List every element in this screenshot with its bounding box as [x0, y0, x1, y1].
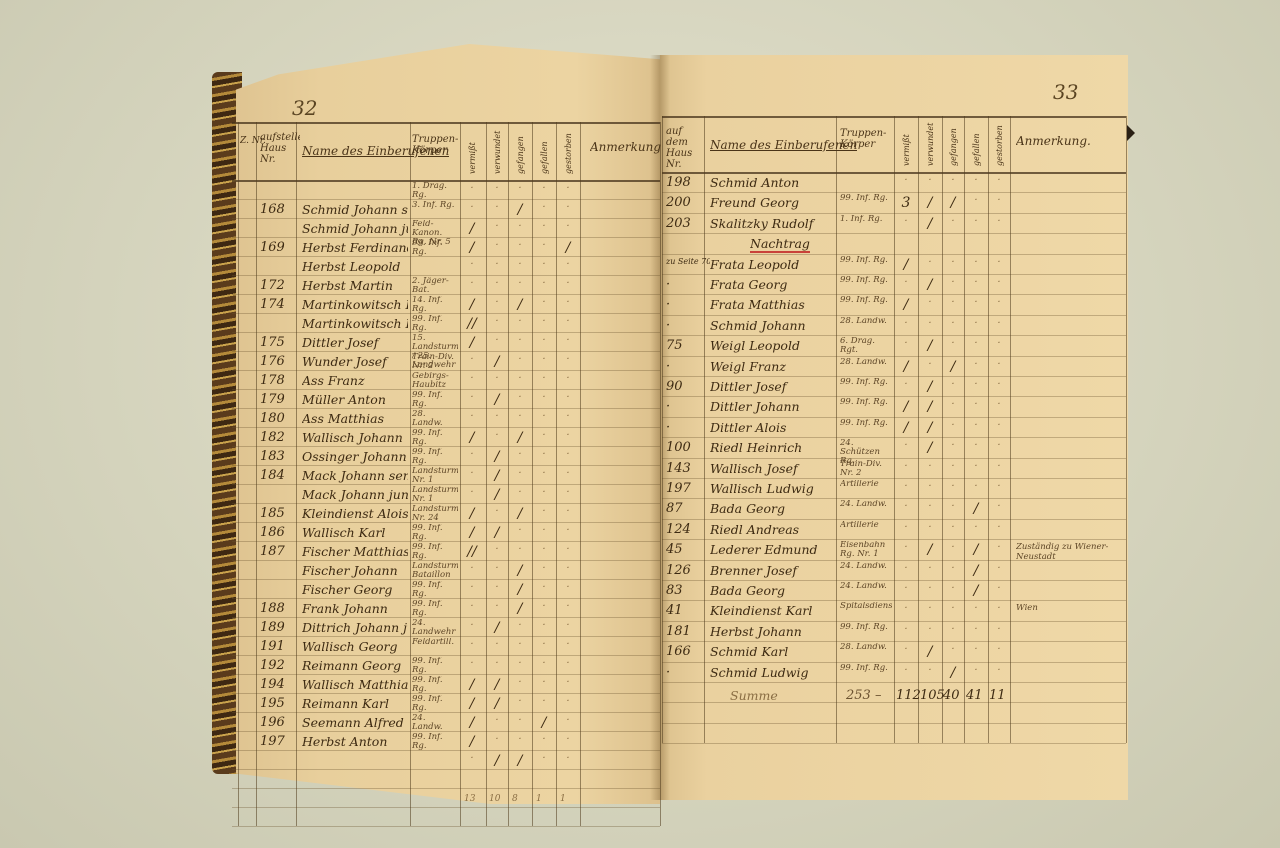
tally-mark: / [462, 430, 482, 446]
tally-mark: · [896, 542, 916, 553]
tally-mark: / [896, 399, 916, 415]
tally-mark: · [966, 297, 986, 308]
tally-mark: · [989, 216, 1009, 227]
tally-mark: · [510, 335, 530, 346]
row-rule [232, 826, 660, 827]
header-col3: gefangen [949, 122, 958, 166]
tally-mark: / [462, 240, 482, 256]
conscript-name: Mack Johann sen. [302, 468, 408, 483]
tally-mark: · [534, 278, 554, 289]
tally-mark: / [966, 501, 986, 517]
tally-mark: · [989, 195, 1009, 206]
tally-mark: · [487, 202, 507, 213]
tally-mark: · [966, 461, 986, 472]
tally-mark: · [534, 601, 554, 612]
unit-name: 1. Drag. Rg. [412, 182, 458, 200]
unit-name: Landsturm Nr. 1 [412, 486, 458, 504]
house-number: 194 [260, 677, 304, 692]
house-number: 197 [260, 734, 304, 749]
tally-mark: · [989, 440, 1009, 451]
nachtrag-heading: Nachtrag [750, 236, 810, 253]
tally-mark: · [966, 318, 986, 329]
conscript-name: Mack Johann jun. [302, 487, 408, 502]
house-number: 197 [666, 481, 710, 496]
tally-mark: · [534, 753, 554, 764]
conscript-name: Wallisch Ludwig [710, 481, 836, 496]
conscript-name: Martinkowitsch Ludwig [302, 297, 408, 312]
tally-mark: · [510, 620, 530, 631]
tally-mark: · [510, 183, 530, 194]
conscript-name: Ass Franz [302, 373, 408, 388]
tally-mark: · [989, 624, 1009, 635]
tally-mark: · [896, 318, 916, 329]
tally-mark: / [487, 468, 507, 484]
unit-name: Landsturm-Bataillon [412, 562, 458, 580]
tally-mark: · [487, 544, 507, 555]
tally-mark: · [510, 544, 530, 555]
conscript-name: Schmid Anton [710, 175, 836, 190]
tally-mark: · [558, 297, 578, 308]
tally-mark: · [558, 411, 578, 422]
house-number: 188 [260, 601, 304, 616]
tally-mark: · [558, 430, 578, 441]
tally-mark: · [920, 257, 940, 268]
tally-mark: · [462, 259, 482, 270]
tally-mark: · [989, 665, 1009, 676]
tally-mark: · [989, 501, 1009, 512]
column-rule [1010, 116, 1011, 743]
unit-name: 99. Inf. Rg. [412, 391, 458, 409]
tally-mark: / [487, 449, 507, 465]
unit-name: 28. Landw. [840, 643, 892, 652]
column-rule [460, 122, 461, 826]
header-house-no: auf dem Haus Nr. [666, 126, 706, 170]
tally-mark: · [462, 183, 482, 194]
tally-mark: · [534, 240, 554, 251]
conscript-name: Reimann Karl [302, 696, 408, 711]
tally-mark: · [896, 379, 916, 390]
tally-mark: · [534, 430, 554, 441]
tally-mark: · [510, 696, 530, 707]
tally-mark: / [896, 297, 916, 313]
tally-mark: · [558, 335, 578, 346]
unit-name: 24. Landw. [840, 500, 892, 509]
conscript-name: Dittrich Johann jun. [302, 620, 408, 635]
tally-mark: · [966, 195, 986, 206]
tally-mark: / [462, 696, 482, 712]
conscript-name: Wunder Josef [302, 354, 408, 369]
tally-mark: · [487, 639, 507, 650]
conscript-name: Ass Matthias [302, 411, 408, 426]
tally-mark: / [510, 563, 530, 579]
tally-mark: / [510, 582, 530, 598]
conscript-name: Wallisch Georg [302, 639, 408, 654]
tally-mark: · [966, 644, 986, 655]
header-unit: Truppen-Körper [412, 134, 458, 156]
house-number: 75 [666, 338, 710, 353]
tally-mark: · [462, 392, 482, 403]
tally-mark: · [943, 461, 963, 472]
tally-mark: / [966, 583, 986, 599]
house-number: 100 [666, 440, 710, 455]
conscript-name: Herbst Ferdinand [302, 240, 408, 255]
unit-name: 99. Inf. Rg. [840, 276, 892, 285]
unit-name: 28. Landw. [412, 410, 458, 428]
tally-mark: / [487, 620, 507, 636]
tally-mark: · [558, 563, 578, 574]
tally-mark: · [943, 277, 963, 288]
unit-name: 99. Inf. Rg. [412, 315, 458, 333]
tally-mark: / [896, 257, 916, 273]
conscript-name: Schmid Johann [710, 318, 836, 333]
tally-mark: · [989, 583, 1009, 594]
header-name: Name des Einberufenen [710, 138, 857, 152]
tally-mark: · [896, 603, 916, 614]
tally-mark: · [896, 501, 916, 512]
tally-mark: · [943, 175, 963, 186]
unit-name: 99. Inf. Rg. [840, 623, 892, 632]
column-rule [580, 122, 581, 826]
tally-mark: · [896, 440, 916, 451]
tally-mark: · [487, 601, 507, 612]
summary-column-total: 105 [920, 688, 945, 703]
tally-mark: · [510, 373, 530, 384]
conscript-name: Herbst Anton [302, 734, 408, 749]
tally-mark: · [943, 420, 963, 431]
tally-mark: · [896, 522, 916, 533]
unit-name: 99. Inf. Rg. [840, 419, 892, 428]
tally-mark: · [966, 257, 986, 268]
tally-mark: · [966, 379, 986, 390]
tally-mark: · [510, 278, 530, 289]
tally-mark: · [966, 624, 986, 635]
header-remarks: Anmerkung. [1016, 134, 1091, 148]
tally-mark: · [558, 259, 578, 270]
house-number: 182 [260, 430, 304, 445]
tally-mark: / [510, 430, 530, 446]
house-number: 178 [260, 373, 304, 388]
tally-mark: / [920, 440, 940, 456]
conscript-name: Wallisch Karl [302, 525, 408, 540]
unit-name: Eisenbahn Rg. Nr. 1 [840, 541, 892, 559]
tally-mark: · [896, 583, 916, 594]
tally-mark: · [558, 468, 578, 479]
tally-mark: · [896, 461, 916, 472]
tally-mark: · [943, 624, 963, 635]
tally-mark: · [989, 644, 1009, 655]
unit-name: 24. Landw. [840, 582, 892, 591]
tally-mark: · [510, 525, 530, 536]
conscript-name: Brenner Josef [710, 563, 836, 578]
tally-mark: · [989, 399, 1009, 410]
conscript-name: Schmid Johann sen. [302, 202, 408, 217]
house-number: 187 [260, 544, 304, 559]
tally-mark: / [920, 399, 940, 415]
tally-mark: / [462, 221, 482, 237]
conscript-name: Dittler Johann [710, 399, 836, 414]
tally-mark: / [487, 525, 507, 541]
tally-mark: · [462, 563, 482, 574]
tally-mark: · [920, 522, 940, 533]
tally-mark: · [534, 620, 554, 631]
tally-mark: · [966, 481, 986, 492]
tally-mark: · [462, 278, 482, 289]
house-number: 169 [260, 240, 304, 255]
tally-mark: / [462, 506, 482, 522]
tally-mark: · [462, 373, 482, 384]
tally-mark: · [510, 639, 530, 650]
tally-mark: / [920, 277, 940, 293]
tally-mark: // [462, 544, 482, 560]
tally-mark: / [462, 525, 482, 541]
tally-mark: · [943, 542, 963, 553]
column-rule [256, 122, 257, 826]
tally-mark: · [510, 734, 530, 745]
tally-mark: · [943, 501, 963, 512]
tally-mark: · [966, 603, 986, 614]
tally-mark: / [896, 359, 916, 375]
unit-name: Landsturm Nr. 24 [412, 505, 458, 523]
tally-mark: · [896, 277, 916, 288]
unit-name: 99. Inf. Rg. [412, 239, 458, 257]
tally-mark: · [487, 411, 507, 422]
unit-name: 6. Drag. Rgt. [840, 337, 892, 355]
conscript-name: Dittler Josef [302, 335, 408, 350]
tally-mark: · [989, 257, 1009, 268]
tally-mark: · [487, 582, 507, 593]
tally-mark: · [966, 399, 986, 410]
tally-mark: · [920, 175, 940, 186]
house-number: 192 [260, 658, 304, 673]
tally-mark: / [943, 359, 963, 375]
conscript-name: Freund Georg [710, 195, 836, 210]
tally-mark: · [920, 359, 940, 370]
house-number: 168 [260, 202, 304, 217]
tally-mark: · [943, 440, 963, 451]
tally-mark: · [943, 379, 963, 390]
tally-mark: · [510, 449, 530, 460]
row-rule [662, 743, 1126, 744]
tally-mark: · [534, 335, 554, 346]
house-number: 83 [666, 583, 710, 598]
tally-mark: / [534, 715, 554, 731]
header-house-no: aufstellen Haus Nr. [260, 132, 300, 165]
column-rule [660, 122, 661, 826]
tally-mark: / [920, 338, 940, 354]
tally-mark: // [462, 316, 482, 332]
tally-mark: / [920, 379, 940, 395]
house-number: 172 [260, 278, 304, 293]
page-tab-marker [1127, 125, 1135, 141]
column-total: 8 [512, 794, 518, 804]
tally-mark: · [989, 603, 1009, 614]
tally-mark: / [510, 753, 530, 769]
tally-mark: · [510, 658, 530, 669]
unit-name: 24. Landwehr [412, 619, 458, 637]
header-col5: gestorben [995, 122, 1004, 166]
conscript-name: Dittler Josef [710, 379, 836, 394]
tally-mark: · [943, 399, 963, 410]
tally-mark: · [989, 379, 1009, 390]
unit-name: Train-Div. Nr. 2 [840, 460, 892, 478]
tally-mark: · [989, 542, 1009, 553]
tally-mark: · [558, 525, 578, 536]
tally-mark: · [558, 601, 578, 612]
header-col5: gestorben [564, 128, 573, 174]
conscript-name: Weigl Leopold [710, 338, 836, 353]
tally-mark: · [510, 487, 530, 498]
column-rule [1126, 116, 1127, 743]
column-rule [410, 122, 411, 826]
column-total: 10 [489, 794, 500, 804]
column-rule [894, 116, 895, 743]
header-col3: gefangen [516, 128, 525, 174]
house-number: 184 [260, 468, 304, 483]
house-number: 181 [666, 624, 710, 639]
tally-mark: · [487, 506, 507, 517]
tally-mark: · [943, 481, 963, 492]
conscript-name: Herbst Martin [302, 278, 408, 293]
tally-mark: · [558, 373, 578, 384]
tally-mark: · [534, 202, 554, 213]
tally-mark: / [462, 677, 482, 693]
tally-mark: · [558, 183, 578, 194]
tally-mark: · [510, 259, 530, 270]
tally-mark: · [534, 525, 554, 536]
tally-mark: · [558, 677, 578, 688]
house-number: 185 [260, 506, 304, 521]
tally-mark: · [943, 644, 963, 655]
tally-mark: · [462, 753, 482, 764]
tally-mark: · [558, 316, 578, 327]
conscript-name: Bada Georg [710, 501, 836, 516]
tally-mark: · [534, 468, 554, 479]
tally-mark: · [558, 658, 578, 669]
tally-mark: · [558, 202, 578, 213]
unit-name: 99. Inf. Rg. [412, 448, 458, 466]
tally-mark: · [534, 734, 554, 745]
tally-mark: / [943, 195, 963, 211]
tally-mark: · [558, 696, 578, 707]
unit-name: 99. Inf. Rg. [412, 581, 458, 599]
tally-mark: / [487, 354, 507, 370]
tally-mark: · [920, 297, 940, 308]
conscript-name: Weigl Franz [710, 359, 836, 374]
tally-mark: / [510, 601, 530, 617]
tally-mark: · [510, 468, 530, 479]
tally-mark: · [896, 338, 916, 349]
tally-mark: · [920, 624, 940, 635]
house-number: 90 [666, 379, 710, 394]
tally-mark: / [558, 240, 578, 256]
tally-mark: · [896, 481, 916, 492]
tally-mark: / [462, 734, 482, 750]
tally-mark: · [943, 583, 963, 594]
tally-mark: · [920, 563, 940, 574]
tally-mark: · [534, 544, 554, 555]
remark-note: Zuständig zu Wiener-Neustadt [1016, 542, 1116, 562]
tally-mark: / [966, 542, 986, 558]
tally-mark: · [558, 753, 578, 764]
summary-column-total: 11 [989, 688, 1006, 703]
tally-mark: · [534, 677, 554, 688]
conscript-name: Reimann Georg [302, 658, 408, 673]
unit-name: 99. Inf. Rg. [840, 664, 892, 673]
column-rule [964, 116, 965, 743]
header-col2: verwundet [926, 122, 935, 166]
tally-mark: · [966, 277, 986, 288]
tally-mark: · [510, 411, 530, 422]
house-number: 126 [666, 563, 710, 578]
tally-mark: · [989, 522, 1009, 533]
unit-name: 3. Inf. Rg. [412, 201, 458, 210]
tally-mark: · [989, 175, 1009, 186]
unit-name: 28. Landw. [840, 358, 892, 367]
tally-mark: · [462, 354, 482, 365]
conscript-name: Lederer Edmund [710, 542, 836, 557]
tally-mark: · [966, 359, 986, 370]
tally-mark: · [462, 620, 482, 631]
tally-mark: / [510, 297, 530, 313]
tally-mark: · [510, 354, 530, 365]
tally-mark: · [534, 354, 554, 365]
conscript-name: Ossinger Johann [302, 449, 408, 464]
conscript-name: Wallisch Josef [710, 461, 836, 476]
tally-mark: · [534, 658, 554, 669]
tally-mark: · [896, 175, 916, 186]
tally-mark: · [510, 240, 530, 251]
tally-mark: · [920, 481, 940, 492]
tally-mark: · [943, 297, 963, 308]
tally-mark: · [534, 449, 554, 460]
tally-mark: · [487, 316, 507, 327]
unit-name: 2. Jäger-Bat. [412, 277, 458, 295]
tally-mark: · [943, 318, 963, 329]
conscript-name: Riedl Heinrich [710, 440, 836, 455]
tally-mark: · [558, 354, 578, 365]
conscript-name: Dittler Alois [710, 420, 836, 435]
tally-mark: · [510, 677, 530, 688]
tally-mark: · [487, 734, 507, 745]
tally-mark: · [943, 257, 963, 268]
tally-mark: · [534, 411, 554, 422]
tally-mark: / [943, 665, 963, 681]
conscript-name: Fischer Johann [302, 563, 408, 578]
tally-mark: · [896, 563, 916, 574]
column-total: 1 [560, 794, 566, 804]
unit-name: 99. Inf. Rg. [412, 524, 458, 542]
tally-mark: 3 [896, 195, 916, 211]
summary-column-total: 112 [896, 688, 921, 703]
tally-mark: · [487, 278, 507, 289]
tally-mark: · [943, 603, 963, 614]
tally-mark: · [487, 715, 507, 726]
tally-mark: · [989, 277, 1009, 288]
conscript-name: Fischer Matthias [302, 544, 408, 559]
column-rule [918, 116, 919, 743]
house-number: 41 [666, 603, 710, 618]
column-rule [556, 122, 557, 826]
tally-mark: · [896, 624, 916, 635]
tally-mark: / [920, 216, 940, 232]
tally-mark: · [462, 468, 482, 479]
unit-name: 14. Inf. Rg. [412, 296, 458, 314]
tally-mark: · [558, 449, 578, 460]
tally-mark: · [989, 297, 1009, 308]
tally-mark: · [487, 430, 507, 441]
column-rule [662, 116, 663, 743]
house-number: 87 [666, 501, 710, 516]
